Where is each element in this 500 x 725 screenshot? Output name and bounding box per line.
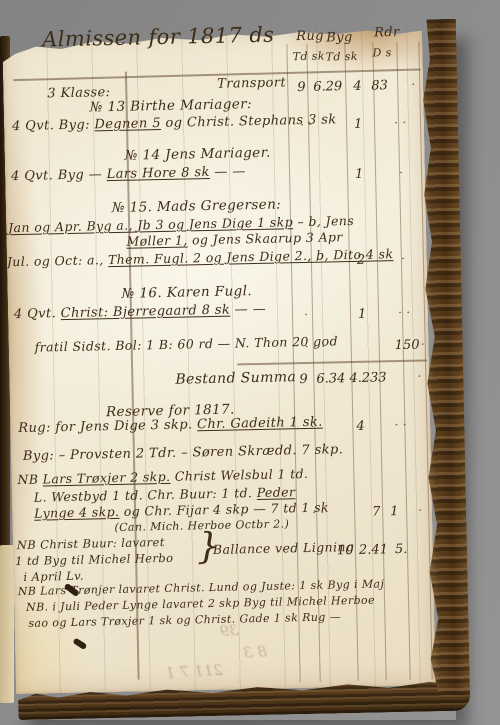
entry-text: 4 Qvt. Byg:	[12, 117, 95, 134]
summa-label: Bestand Summa	[175, 370, 296, 387]
amount-value: 9	[297, 80, 306, 95]
dot-mark: · ·	[312, 506, 325, 521]
dot-mark: · · ·	[305, 340, 326, 355]
column-header-rug: Rug	[296, 30, 324, 44]
entry-text: NB	[17, 472, 43, 488]
entry-text: — —	[230, 302, 266, 318]
entry-name-underlined: Degnen 5	[94, 116, 161, 132]
ballance-label: Ballance ved Ligning	[213, 541, 355, 556]
dot-mark: · ·	[398, 306, 411, 321]
column-subheader: Td sk	[326, 51, 358, 63]
ledger-book: Almissen for 1817 ds Rug Byg Rdr Td sk T…	[8, 20, 456, 720]
dot-mark: · ·	[394, 116, 407, 131]
amount-value: 4	[353, 79, 362, 94]
entry-text: 4 Qvt.	[14, 306, 61, 322]
bleedthrough-text: 8 3	[243, 642, 268, 661]
entry-name-underlined: Chr. Gadeith 1 sk.	[197, 415, 323, 433]
amount-value: 7	[372, 504, 381, 519]
column-header-rdr: Rdr	[374, 26, 400, 40]
entry-text: Christ Welsbul 1 td.	[170, 466, 308, 484]
bleedthrough-text: 211 7 1	[165, 661, 223, 682]
entry-name-underlined: Lars Hore 8 sk	[106, 165, 209, 182]
note-buur: NB Christ Buur: lavaret	[17, 537, 165, 552]
amount-value: 150	[395, 338, 420, 354]
dot-mark: ·	[304, 308, 308, 323]
amount-value: 5.	[395, 542, 408, 557]
book-rotation-layer: Almissen for 1817 ds Rug Byg Rdr Td sk T…	[2, 15, 465, 724]
column-header-byg: Byg	[326, 31, 353, 45]
column-subheader: Td sk	[293, 51, 325, 63]
page-title: Almissen for 1817 ds	[42, 25, 275, 51]
amount-value: 1	[390, 504, 399, 519]
photo-background: Almissen for 1817 ds Rug Byg Rdr Td sk T…	[0, 0, 500, 725]
amount-value: 6.34	[316, 371, 345, 387]
entry-name-underlined: Lynge 4 skp.	[34, 504, 120, 521]
amount-value: 9	[299, 372, 308, 387]
entry-text: 4 Qvt. Byg —	[11, 167, 107, 184]
amount-value: 10	[337, 543, 354, 558]
entry-heading-no16: № 16. Karen Fugl.	[121, 285, 252, 301]
amount-value: 1	[354, 117, 363, 132]
entry-heading-no14: № 14 Jens Mariager.	[125, 147, 271, 164]
amount-value: 1	[358, 307, 367, 322]
dot-mark: ·	[310, 420, 314, 435]
dot-mark: ·	[421, 338, 425, 353]
dot-mark: · ·	[307, 254, 320, 269]
dot-mark: · ·	[300, 118, 313, 133]
dot-mark: ·	[399, 166, 403, 181]
dot-mark: ·	[417, 370, 421, 385]
dot-mark: ·	[401, 252, 405, 267]
dot-mark: ·	[411, 78, 415, 93]
dot-mark: · ·	[394, 418, 407, 433]
note-april: i April Lv.	[23, 571, 84, 584]
transport-label: Transport	[217, 76, 286, 90]
entry-text: — —	[210, 164, 246, 180]
entry-name-underlined: Peder	[257, 484, 296, 500]
amount-value: 6.29	[313, 79, 342, 95]
amount-value: 4	[356, 419, 365, 434]
entry-text: Jul. og Oct: a.,	[7, 252, 108, 269]
entry-name-underlined: Møller 1,	[126, 232, 188, 248]
amount-value: 83	[371, 78, 388, 93]
entry-heading-no13: № 13 Birthe Mariager:	[90, 98, 253, 115]
entry-text: – b, Jens	[293, 213, 354, 229]
column-subheader: D s	[372, 47, 391, 58]
entry-heading-no15: № 15. Mads Gregersen:	[112, 198, 282, 215]
amount-value: 4.233	[349, 370, 387, 386]
class-label: 3 Klasse:	[47, 86, 110, 100]
entry-name-underlined: Lars Trøxjer 2 skp.	[43, 469, 171, 487]
amount-value: 1	[355, 167, 364, 182]
amount-value: 2	[357, 253, 366, 268]
entry-text: Jan og Apr. Byg a.,	[8, 217, 137, 235]
amount-value: 2.41	[359, 542, 388, 558]
dot-mark: ·	[418, 504, 422, 519]
bleedthrough-text: 39	[219, 621, 239, 640]
